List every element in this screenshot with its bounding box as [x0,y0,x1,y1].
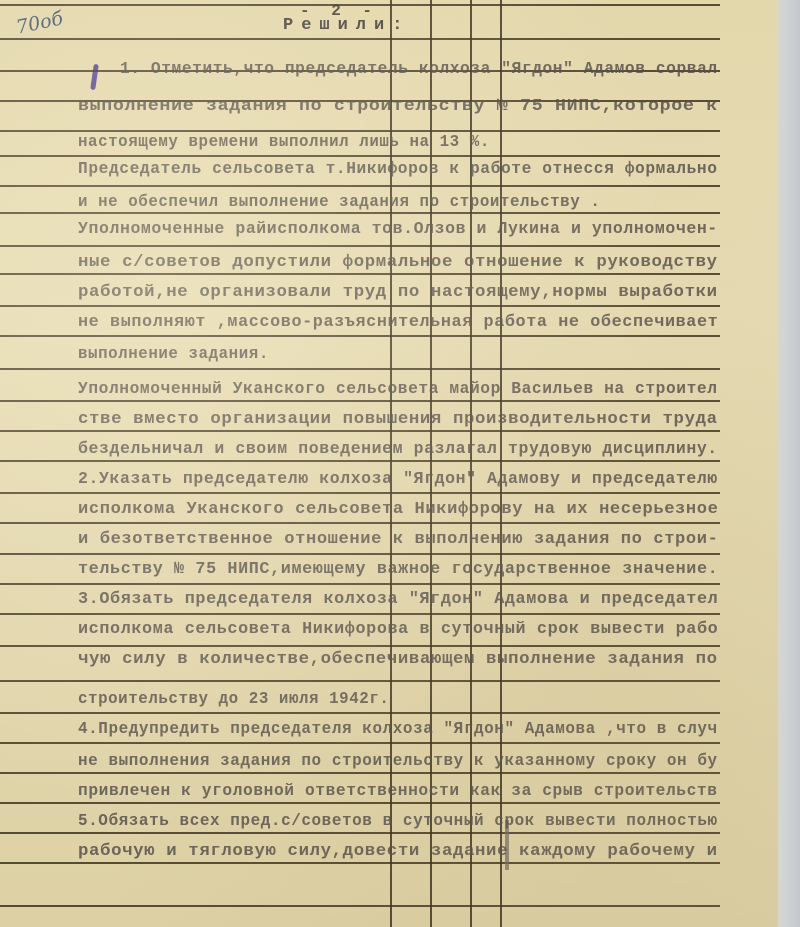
text-line: 5.Обязать всех пред.с/советов в суточный… [78,812,718,831]
text-line: 4.Предупредить председателя колхоза "Ягд… [78,720,718,739]
ruled-line [0,305,720,307]
scanned-document-page: 70об - 2 - Решили: 1. Отметить,что предс… [0,0,778,927]
margin-ink-mark [90,64,99,90]
ruled-line [0,335,720,337]
ruled-line [0,742,720,744]
text-line: Уполномоченные райисполкома тов.Олзов и … [78,220,718,239]
ruled-line [0,583,720,585]
ruled-line [0,400,720,402]
text-line: 1. Отметить,что председатель колхоза "Яг… [120,60,718,79]
ruled-line [0,680,720,682]
ruled-line [0,802,720,804]
text-line: Уполномоченный Уканского сельсовета майо… [78,380,718,399]
text-line: чую силу в количестве,обеспечивающем вып… [78,650,718,669]
scan-border [778,0,800,927]
ruled-line [0,368,720,370]
ruled-line [0,460,720,462]
ruled-line [0,245,720,247]
ruled-line [0,130,720,132]
text-line: исполкома сельсовета Никифорова в суточн… [78,620,718,639]
text-line: тельству № 75 НИПС,имеющему важное госуд… [78,560,718,579]
text-line: не выполняют ,массово-разъяснительная ра… [78,313,718,332]
ruled-line [0,553,720,555]
ruled-line [0,430,720,432]
text-line: и не обеспечил выполнение задания по стр… [78,193,600,212]
text-line: рабочую и тягловую силу,довести задание … [78,842,718,861]
ruled-line [0,522,720,524]
ruled-line [0,645,720,647]
ruled-line [0,185,720,187]
text-line: выполнение задания. [78,345,269,364]
text-line: 3.Обязать председателя колхоза "Ягдон" А… [78,590,718,609]
ruled-line [0,613,720,615]
ruled-line [0,155,720,157]
ruled-line [0,273,720,275]
text-line: 2.Указать председателю колхоза "Ягдон" А… [78,470,718,489]
ruled-line [0,212,720,214]
text-line: строительству до 23 июля 1942г. [78,690,389,709]
text-line: стве вместо организации повышения произв… [78,410,718,429]
text-line: бездельничал и своим поведением разлагал… [78,440,718,459]
text-line: и безответственное отношение к выполнени… [78,530,718,549]
text-line: ные с/советов допустили формальное отнош… [78,253,718,272]
ruled-line [0,772,720,774]
text-line: не выполнения задания по строительству к… [78,752,718,771]
text-line: работой,не организовали труд по настояще… [78,283,718,302]
ruled-line [0,712,720,714]
text-line: выполнение задания по строительству № 75… [78,97,718,116]
ruled-line [0,905,720,907]
text-line: Председатель сельсовета т.Никифоров к ра… [78,160,718,179]
ruled-line [0,832,720,834]
text-line: настоящему времени выполнил лишь на 13 %… [78,133,490,152]
ruled-line [0,38,720,40]
ruled-line [0,862,720,864]
text-line: привлечен к уголовной ответственности ка… [78,782,718,801]
archive-folio-mark: 70об [14,7,65,38]
ruled-line [0,492,720,494]
text-line: исполкома Уканского сельсовета Никифоров… [78,500,718,519]
ruled-line [0,4,720,6]
